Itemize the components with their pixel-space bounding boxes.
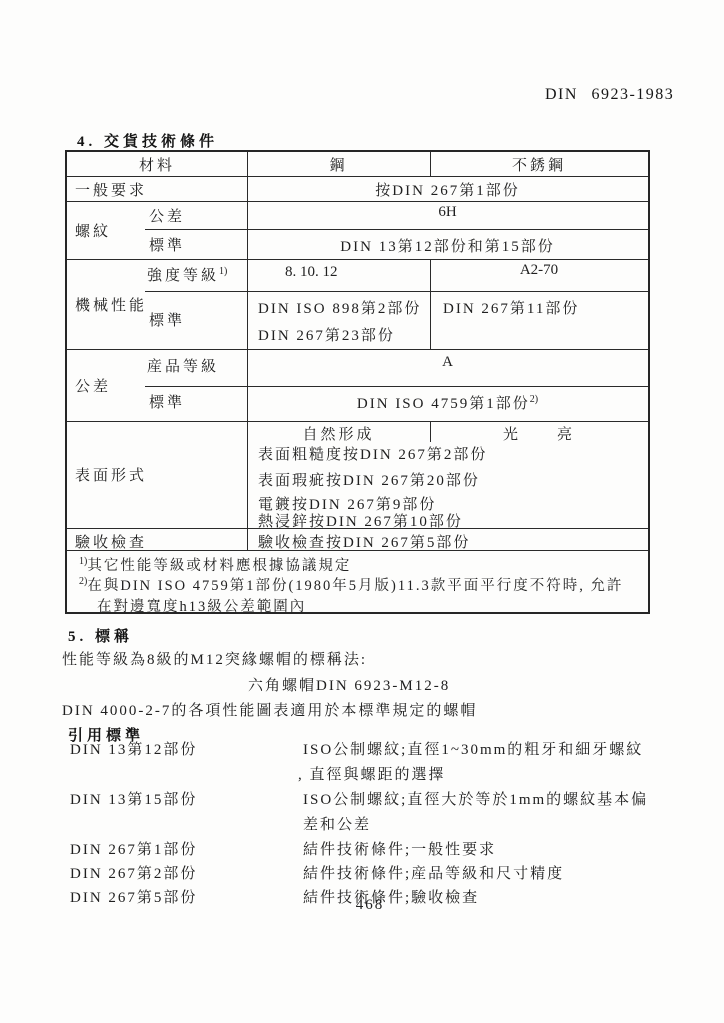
footnote-ref-2: 2): [530, 394, 538, 405]
section4-title: 4. 交貨技術條件: [77, 130, 218, 151]
table-line: [67, 201, 648, 202]
col-header-material: 材料: [67, 154, 247, 175]
surface-steel-head: 自然形成: [247, 423, 430, 444]
section5-title: 5. 標稱: [68, 625, 133, 646]
mechanical-standard-stainless: DIN 267第11部份: [443, 297, 579, 318]
ref-code: DIN 267第2部份: [70, 862, 197, 883]
mechanical-standard-steel-2: DIN 267第23部份: [258, 324, 395, 345]
thread-tolerance-value: 6H: [247, 204, 648, 221]
footnote-2-continued: 在對邊寬度h13級公差範圍內: [97, 595, 306, 616]
col-header-stainless: 不銹鋼: [430, 154, 648, 175]
ref-desc: 結件技術條件;一般性要求: [303, 838, 496, 859]
tolerance-grade-label: 産品等級: [147, 355, 219, 376]
ref-desc: 差和公差: [303, 813, 371, 834]
document-number: DIN 6923-1983: [545, 86, 674, 104]
page-number: 468: [330, 897, 410, 914]
group-thread-label: 螺紋: [75, 201, 111, 259]
ref-code: DIN 267第5部份: [70, 886, 197, 907]
footnote-2: 2)在與DIN ISO 4759第1部份(1980年5月版)11.3款平面平行度…: [79, 574, 623, 595]
mechanical-grade-label: 強度等級1): [147, 264, 227, 285]
section5-intro: 性能等級為8級的M12突緣螺帽的標稱法:: [62, 648, 367, 669]
group-surface-label: 表面形式: [75, 421, 147, 528]
thread-standard-label: 標準: [149, 234, 185, 255]
surface-stainless-head: 光 亮: [430, 423, 648, 444]
scanned-standard-page: { "header": { "doc_number": "DIN 6923-19…: [0, 0, 724, 1023]
ref-desc: 結件技術條件;産品等級和尺寸精度: [303, 862, 564, 883]
table-line: [67, 259, 648, 260]
group-mechanical-label: 機械性能: [75, 259, 147, 349]
thread-tolerance-label: 公差: [149, 205, 185, 226]
footnote-ref-1: 1): [219, 266, 227, 277]
table-line: [67, 421, 648, 422]
surface-line-1: 表面粗糙度按DIN 267第2部份: [258, 443, 487, 464]
table-line: [67, 349, 648, 350]
ref-desc: ISO公制螺紋;直徑大於等於1mm的螺紋基本偏: [303, 788, 648, 809]
tolerance-standard-value: DIN ISO 4759第1部份2): [247, 392, 648, 413]
footnote-1: 1)其它性能等級或材料應根據協議規定: [79, 554, 351, 575]
ref-desc: , 直徑與螺距的選擇: [298, 763, 446, 784]
tolerance-standard-label: 標準: [149, 391, 185, 412]
designation-example: 六角螺帽DIN 6923-M12-8: [248, 674, 450, 695]
surface-line-4: 熱浸鋅按DIN 267第10部份: [258, 510, 463, 531]
mechanical-grade-steel: 8. 10. 12: [285, 264, 338, 281]
col-header-steel: 鋼: [247, 154, 430, 175]
section5-note: DIN 4000-2-7的各項性能圖表適用於本標準規定的螺帽: [62, 699, 477, 720]
mechanical-grade-stainless: A2-70: [430, 262, 648, 279]
ref-code: DIN 13第15部份: [70, 788, 197, 809]
row-inspection-value: 驗收檢查按DIN 267第5部份: [258, 531, 470, 552]
table-line: [145, 386, 648, 387]
thread-standard-value: DIN 13第12部份和第15部份: [247, 235, 648, 256]
table-line: [145, 229, 648, 230]
mechanical-standard-label: 標準: [149, 309, 185, 330]
mechanical-standard-steel-1: DIN ISO 898第2部份: [258, 297, 421, 318]
table-line: [145, 291, 648, 292]
surface-line-2: 表面瑕疵按DIN 267第20部份: [258, 469, 480, 490]
row-general-value: 按DIN 267第1部份: [247, 179, 648, 200]
tolerance-grade-value: A: [247, 354, 648, 371]
table-line: [67, 176, 648, 177]
ref-code: DIN 267第1部份: [70, 838, 197, 859]
group-tolerance-label: 公差: [75, 349, 111, 421]
ref-code: DIN 13第12部份: [70, 738, 197, 759]
delivery-conditions-table: 材料 鋼 不銹鋼 一般要求 按DIN 267第1部份 螺紋 公差 6H 標準 D…: [65, 150, 650, 614]
row-general-label: 一般要求: [75, 179, 147, 200]
row-inspection-label: 驗收檢查: [75, 531, 147, 552]
ref-desc: ISO公制螺紋;直徑1~30mm的粗牙和細牙螺紋: [303, 738, 643, 759]
